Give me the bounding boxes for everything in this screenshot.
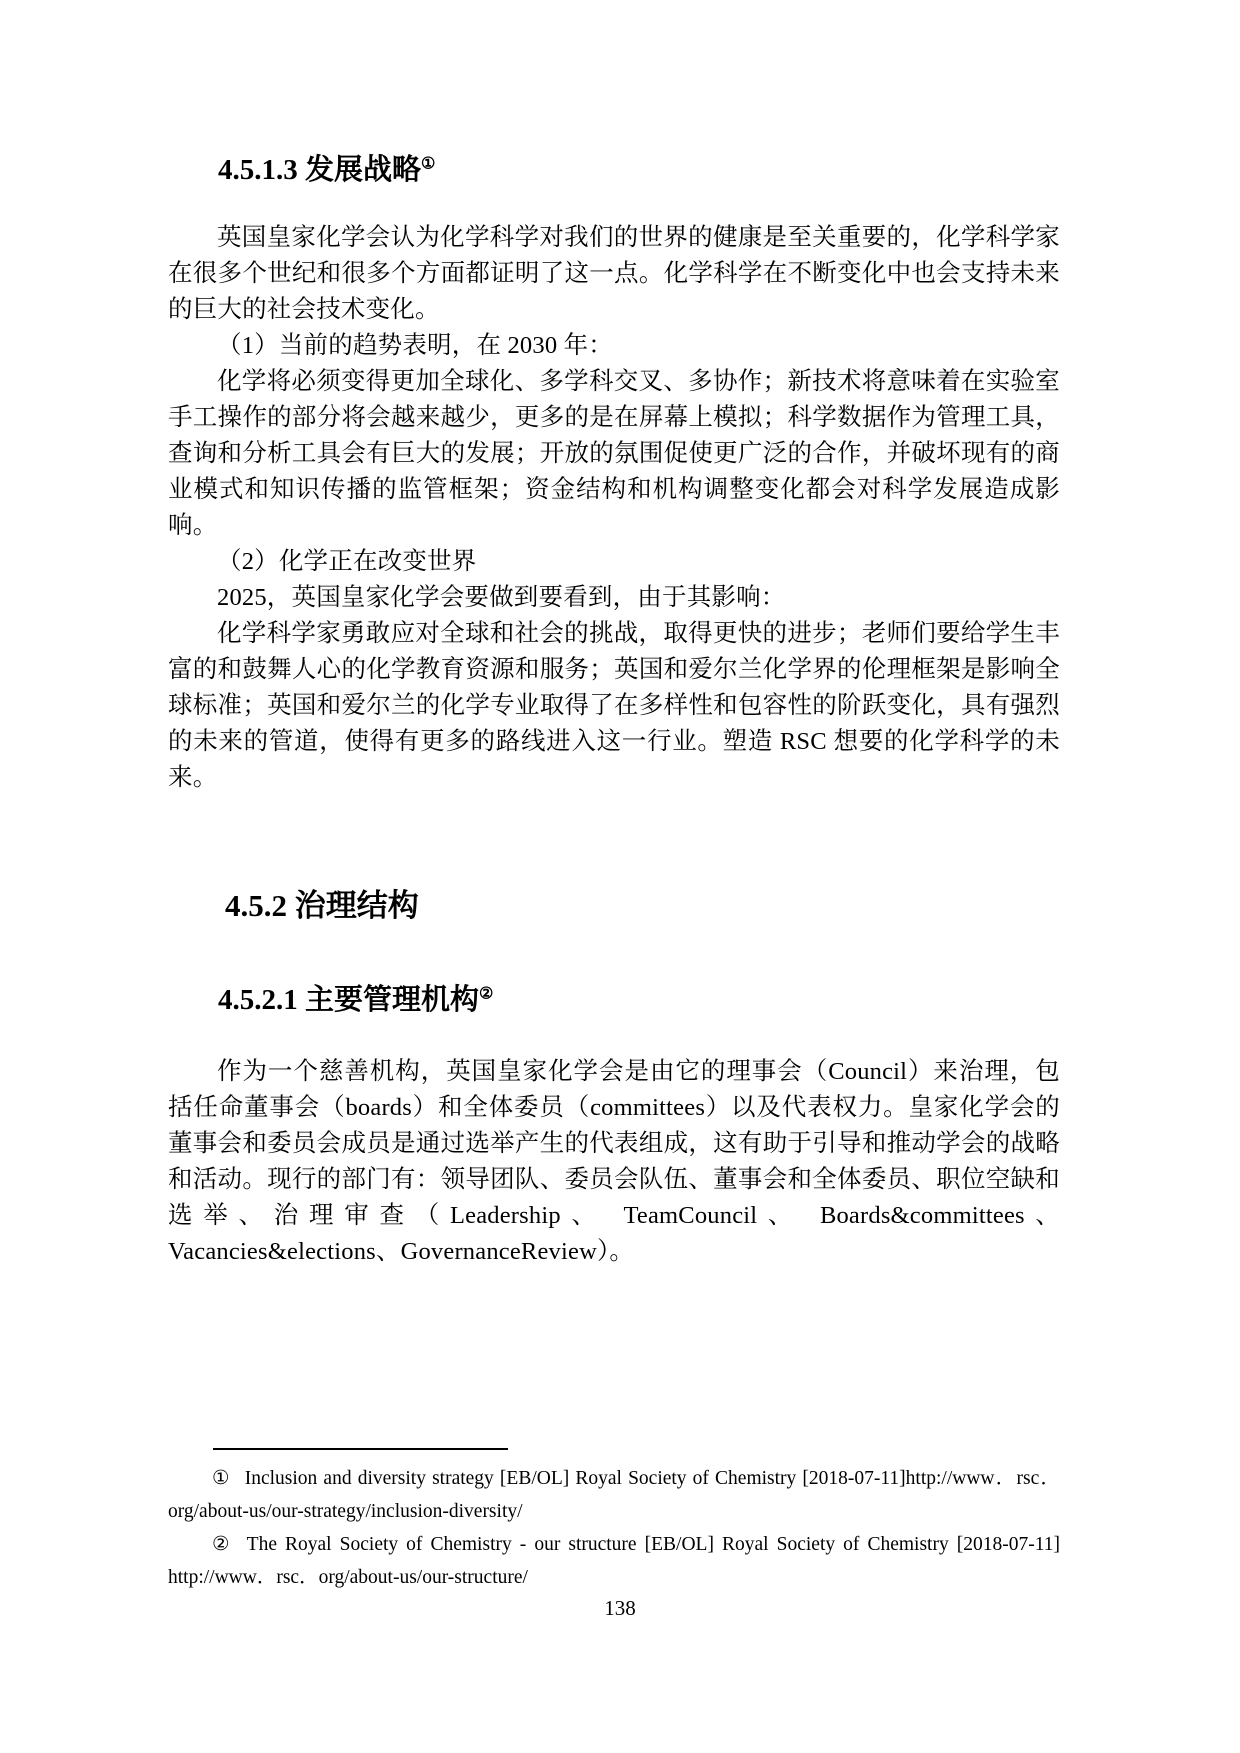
paragraph-trends: 化学将必须变得更加全球化、多学科交叉、多协作；新技术将意味着在实验室手工操作的部… [168, 364, 1060, 544]
paragraph-2025: 2025，英国皇家化学会要做到要看到，由于其影响： [168, 580, 1060, 616]
footnote-separator-rule [213, 1448, 508, 1450]
page-number: 138 [0, 1596, 1240, 1621]
section-heading-4-5-2: 4.5.2 治理结构 [225, 884, 1060, 928]
section-heading-4-5-2-1: 4.5.2.1 主要管理机构② [218, 980, 1060, 1020]
paragraph-intro: 英国皇家化学会认为化学科学对我们的世界的健康是至关重要的，化学科学家在很多个世纪… [168, 220, 1060, 328]
document-page: 4.5.1.3 发展战略① 英国皇家化学会认为化学科学对我们的世界的健康是至关重… [0, 0, 1240, 1753]
paragraph-impact: 化学科学家勇敢应对全球和社会的挑战，取得更快的进步；老师们要给学生丰富的和鼓舞人… [168, 616, 1060, 796]
footnotes-section: ①Inclusion and diversity strategy [EB/OL… [168, 1448, 1060, 1594]
section-heading-text: 4.5.2.1 主要管理机构 [218, 984, 479, 1016]
page-content: 4.5.1.3 发展战略① 英国皇家化学会认为化学科学对我们的世界的健康是至关重… [168, 150, 1060, 1270]
footnote-1-text: Inclusion and diversity strategy [EB/OL]… [168, 1468, 1060, 1522]
governance-paragraphs: 作为一个慈善机构，英国皇家化学会是由它的理事会（Council）来治理，包括任命… [168, 1054, 1060, 1270]
footnote-ref-1: ① [421, 155, 435, 172]
footnote-1: ①Inclusion and diversity strategy [EB/OL… [168, 1462, 1060, 1528]
footnote-1-marker: ① [212, 1468, 231, 1489]
footnote-ref-2: ② [479, 985, 493, 1002]
section-heading-4-5-1-3: 4.5.1.3 发展战略① [218, 150, 1060, 190]
footnote-2: ②The Royal Society of Chemistry - our st… [168, 1528, 1060, 1594]
section-heading-text: 4.5.1.3 发展战略 [218, 154, 421, 186]
paragraph-list-item-1: （1）当前的趋势表明，在 2030 年： [168, 328, 1060, 364]
paragraph-list-item-2: （2）化学正在改变世界 [168, 544, 1060, 580]
paragraph-governance: 作为一个慈善机构，英国皇家化学会是由它的理事会（Council）来治理，包括任命… [168, 1054, 1060, 1270]
footnote-2-marker: ② [212, 1534, 233, 1555]
footnote-2-text: The Royal Society of Chemistry - our str… [168, 1534, 1060, 1588]
strategy-paragraphs: 英国皇家化学会认为化学科学对我们的世界的健康是至关重要的，化学科学家在很多个世纪… [168, 220, 1060, 796]
